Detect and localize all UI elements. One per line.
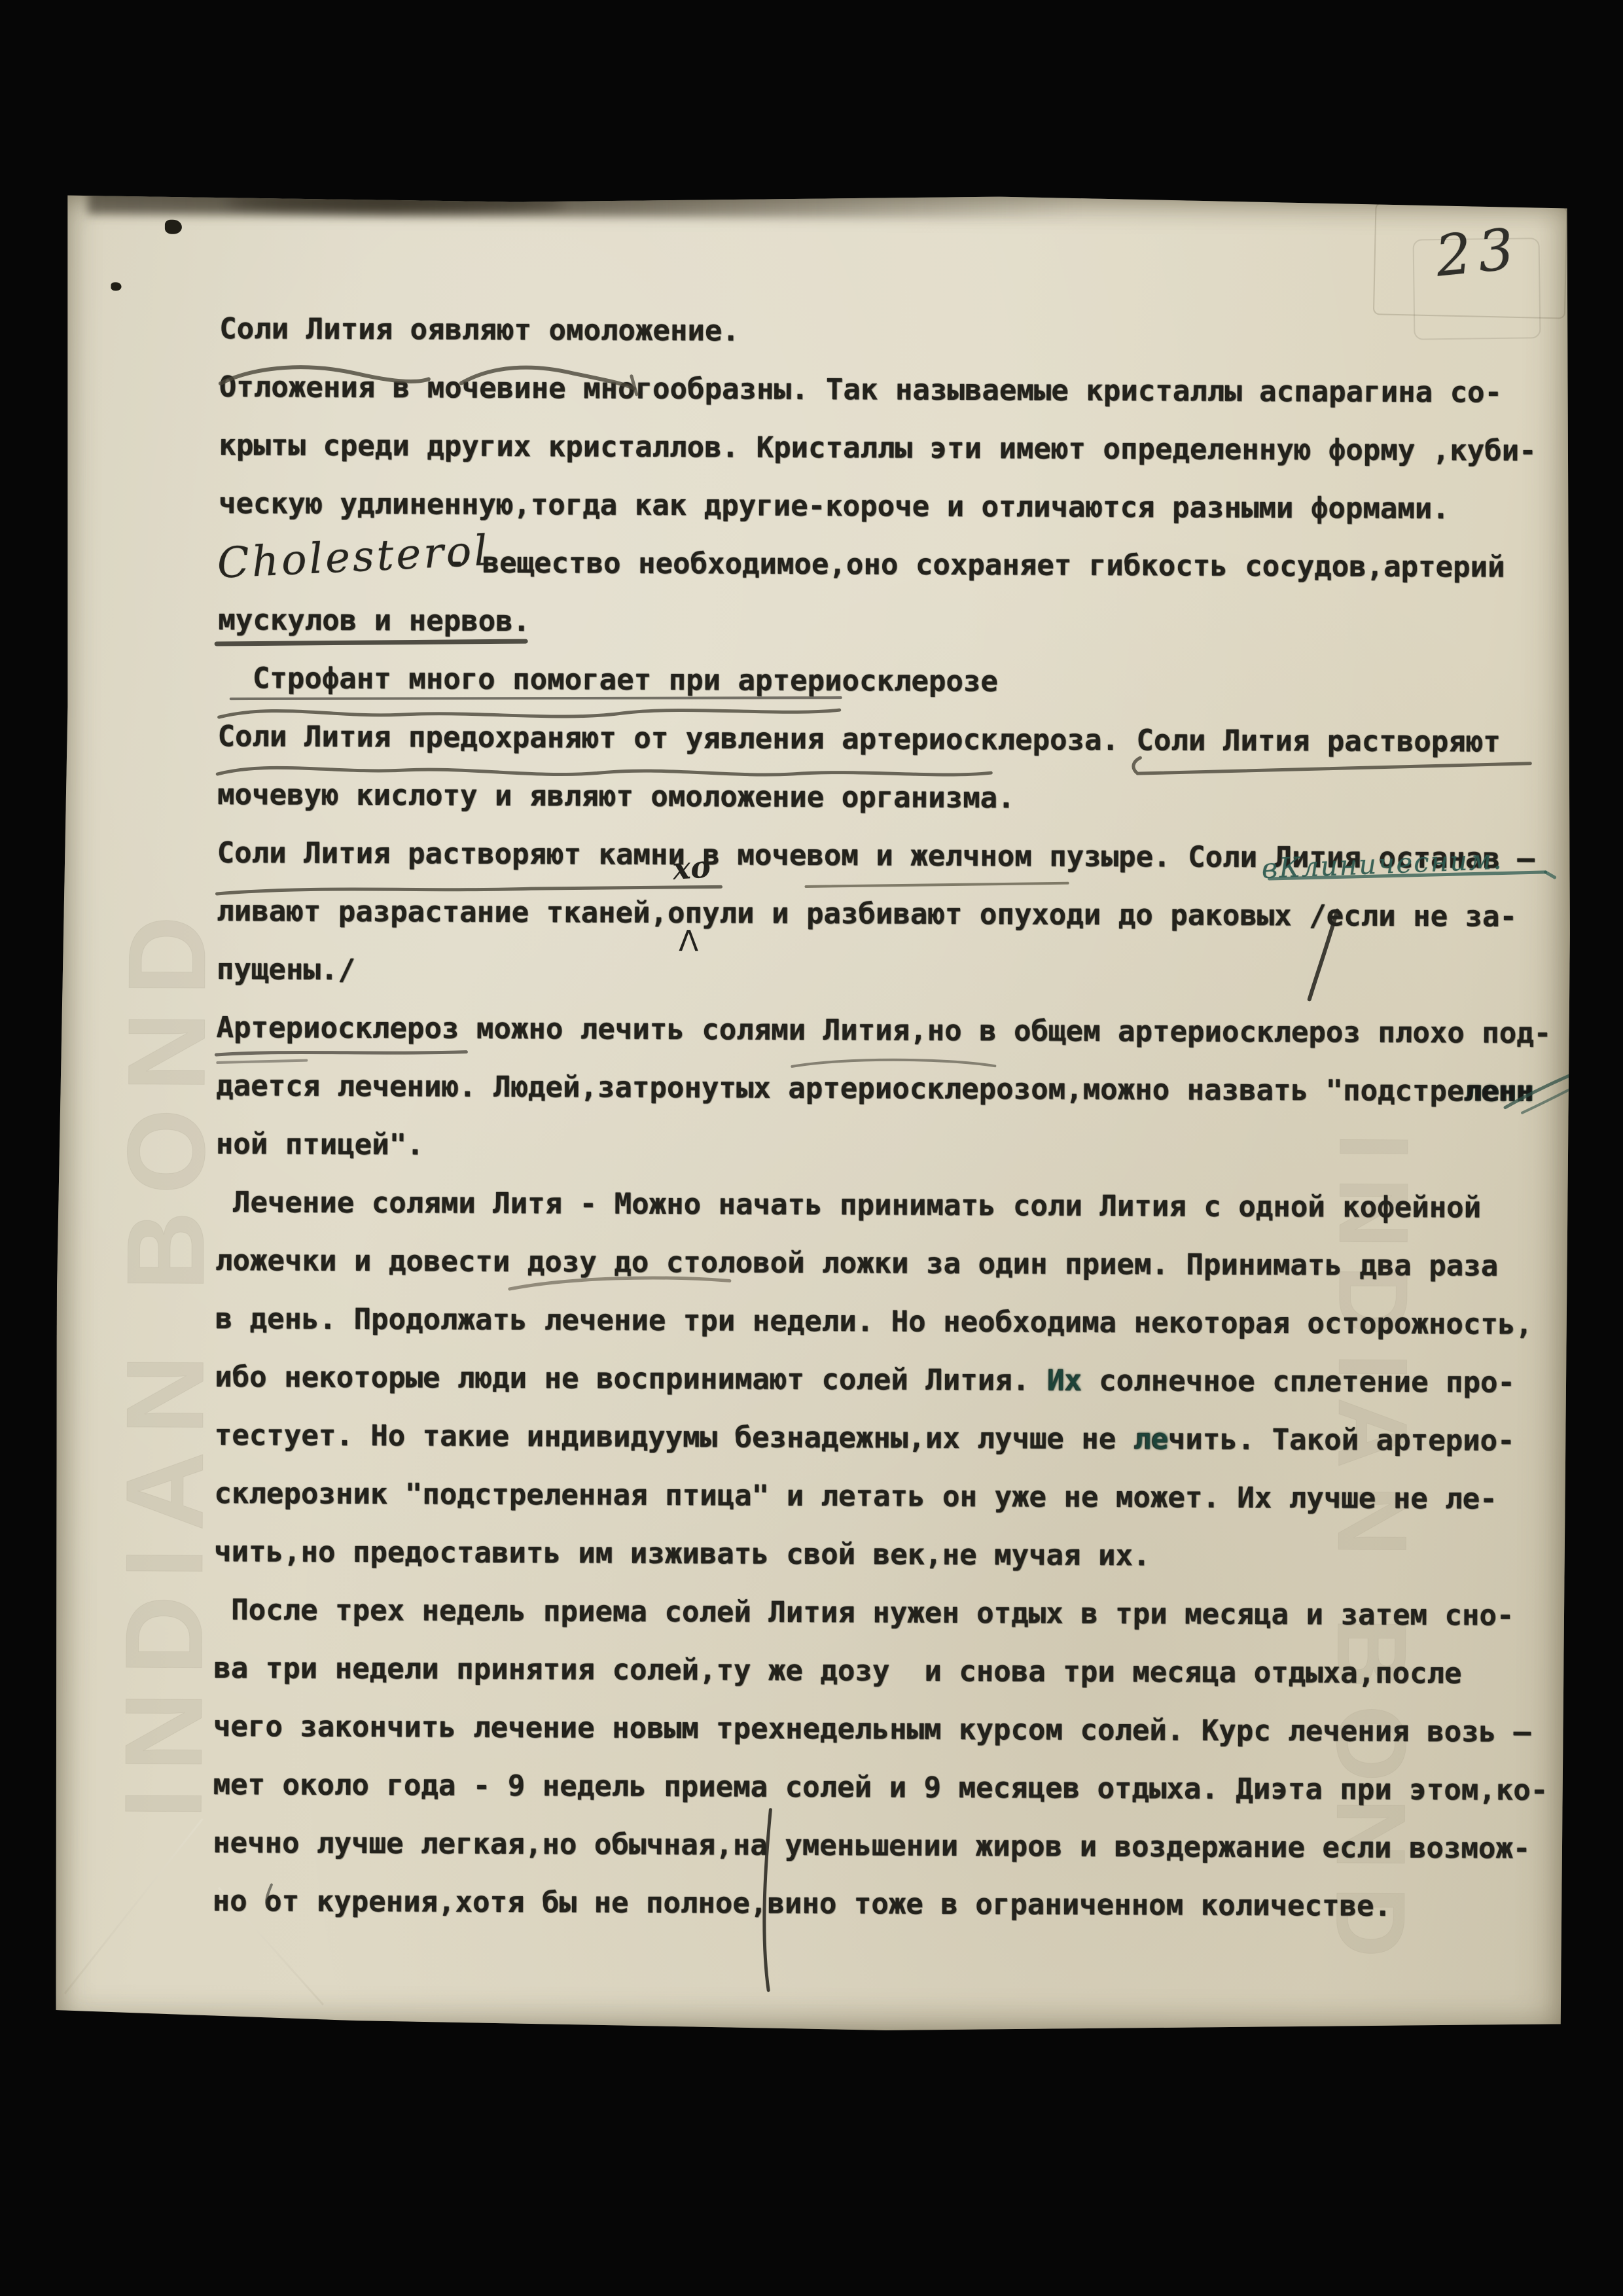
pen-arc [792,1059,995,1067]
typed-text-block: Соли Лития оявляют омоложение.Отложения … [62,192,1575,198]
typed-line: в день. Продолжать лечение три недели. Н… [215,1300,1532,1344]
typed-line: пущены./ [217,951,355,989]
typed-line: ливают разрастание тканей,опули и разбив… [217,892,1517,936]
typed-line: чего закончить лечение новым трехнедельн… [213,1708,1531,1752]
pen-overstrike-word: Их [1047,1362,1082,1400]
typed-line: ческую удлиненную,тогда как другие-короч… [219,485,1450,528]
typed-line: Артериосклероз можно лечить солями Лития… [216,1009,1551,1053]
typed-line: мускулов и нервов. [218,601,530,641]
typed-line: ибо некоторые люди не воспринимают солей… [215,1358,1515,1402]
typed-line: нечно лучше легкая,но обычная,на уменьше… [213,1824,1530,1868]
typed-line: крыты среди других кристаллов. Кристаллы… [219,427,1536,470]
typed-line: Отложения в мочевине многообразны. Так н… [219,368,1503,412]
handwritten-page-number: 23 [1433,216,1524,289]
typed-line: но от курения,хотя бы не полное,вино тож… [213,1882,1392,1926]
typed-line: Лечение солями Литя - Можно начать прини… [215,1184,1481,1227]
paper-crease [64,1818,204,1994]
typed-line: тестует. Но такие индивидуумы безнадежны… [215,1417,1515,1460]
insertion-caret-mark: Λ [679,925,698,958]
typed-line: склерозник "подстреленная птица" и летат… [214,1475,1497,1519]
pen-overstrike-word: ле [1134,1421,1169,1458]
pen-underline [216,1051,466,1056]
typed-line: дается лечению. Людей,затронутых артерио… [216,1067,1533,1111]
typed-line: мочевую кислоту и являют омоложение орга… [217,776,1015,817]
overstruck-word: ленн [1464,1074,1533,1108]
typed-line: Соли Лития оявляют омоложение. [219,310,740,350]
typed-line: ложечки и довести дозу до столовой ложки… [215,1242,1499,1286]
ink-speck [111,282,121,291]
typed-line: - вещество необходимое,оно сохраняет гиб… [448,544,1505,587]
typed-line: Строфант много помогает при артериосклер… [218,660,998,701]
ink-speck [165,220,182,234]
typed-line: мет около года - 9 недель приема солей и… [213,1766,1548,1810]
handwritten-insertion-text: хо [671,849,712,887]
paper-sheet: INDIAN BOND INDIAN BOND 23 Соли Лития оя… [54,192,1575,2037]
typed-line: После трех недель приема солей Лития нуж… [214,1591,1514,1635]
typed-line: чить,но предоставить им изживать свой ве… [214,1533,1150,1575]
typed-line: Соли Лития предохраняют от уявления арте… [217,718,1501,762]
typed-underline [217,640,526,645]
paper-watermark-left: INDIAN BOND [100,898,230,1819]
pen-underline [806,882,1068,888]
typed-line: ной птицей". [216,1125,424,1164]
scanned-document-page: { "page": { "number": "23" }, "colors": … [0,0,1623,2296]
typed-line: ва три недели принятия солей,ту же дозу … [213,1650,1462,1693]
